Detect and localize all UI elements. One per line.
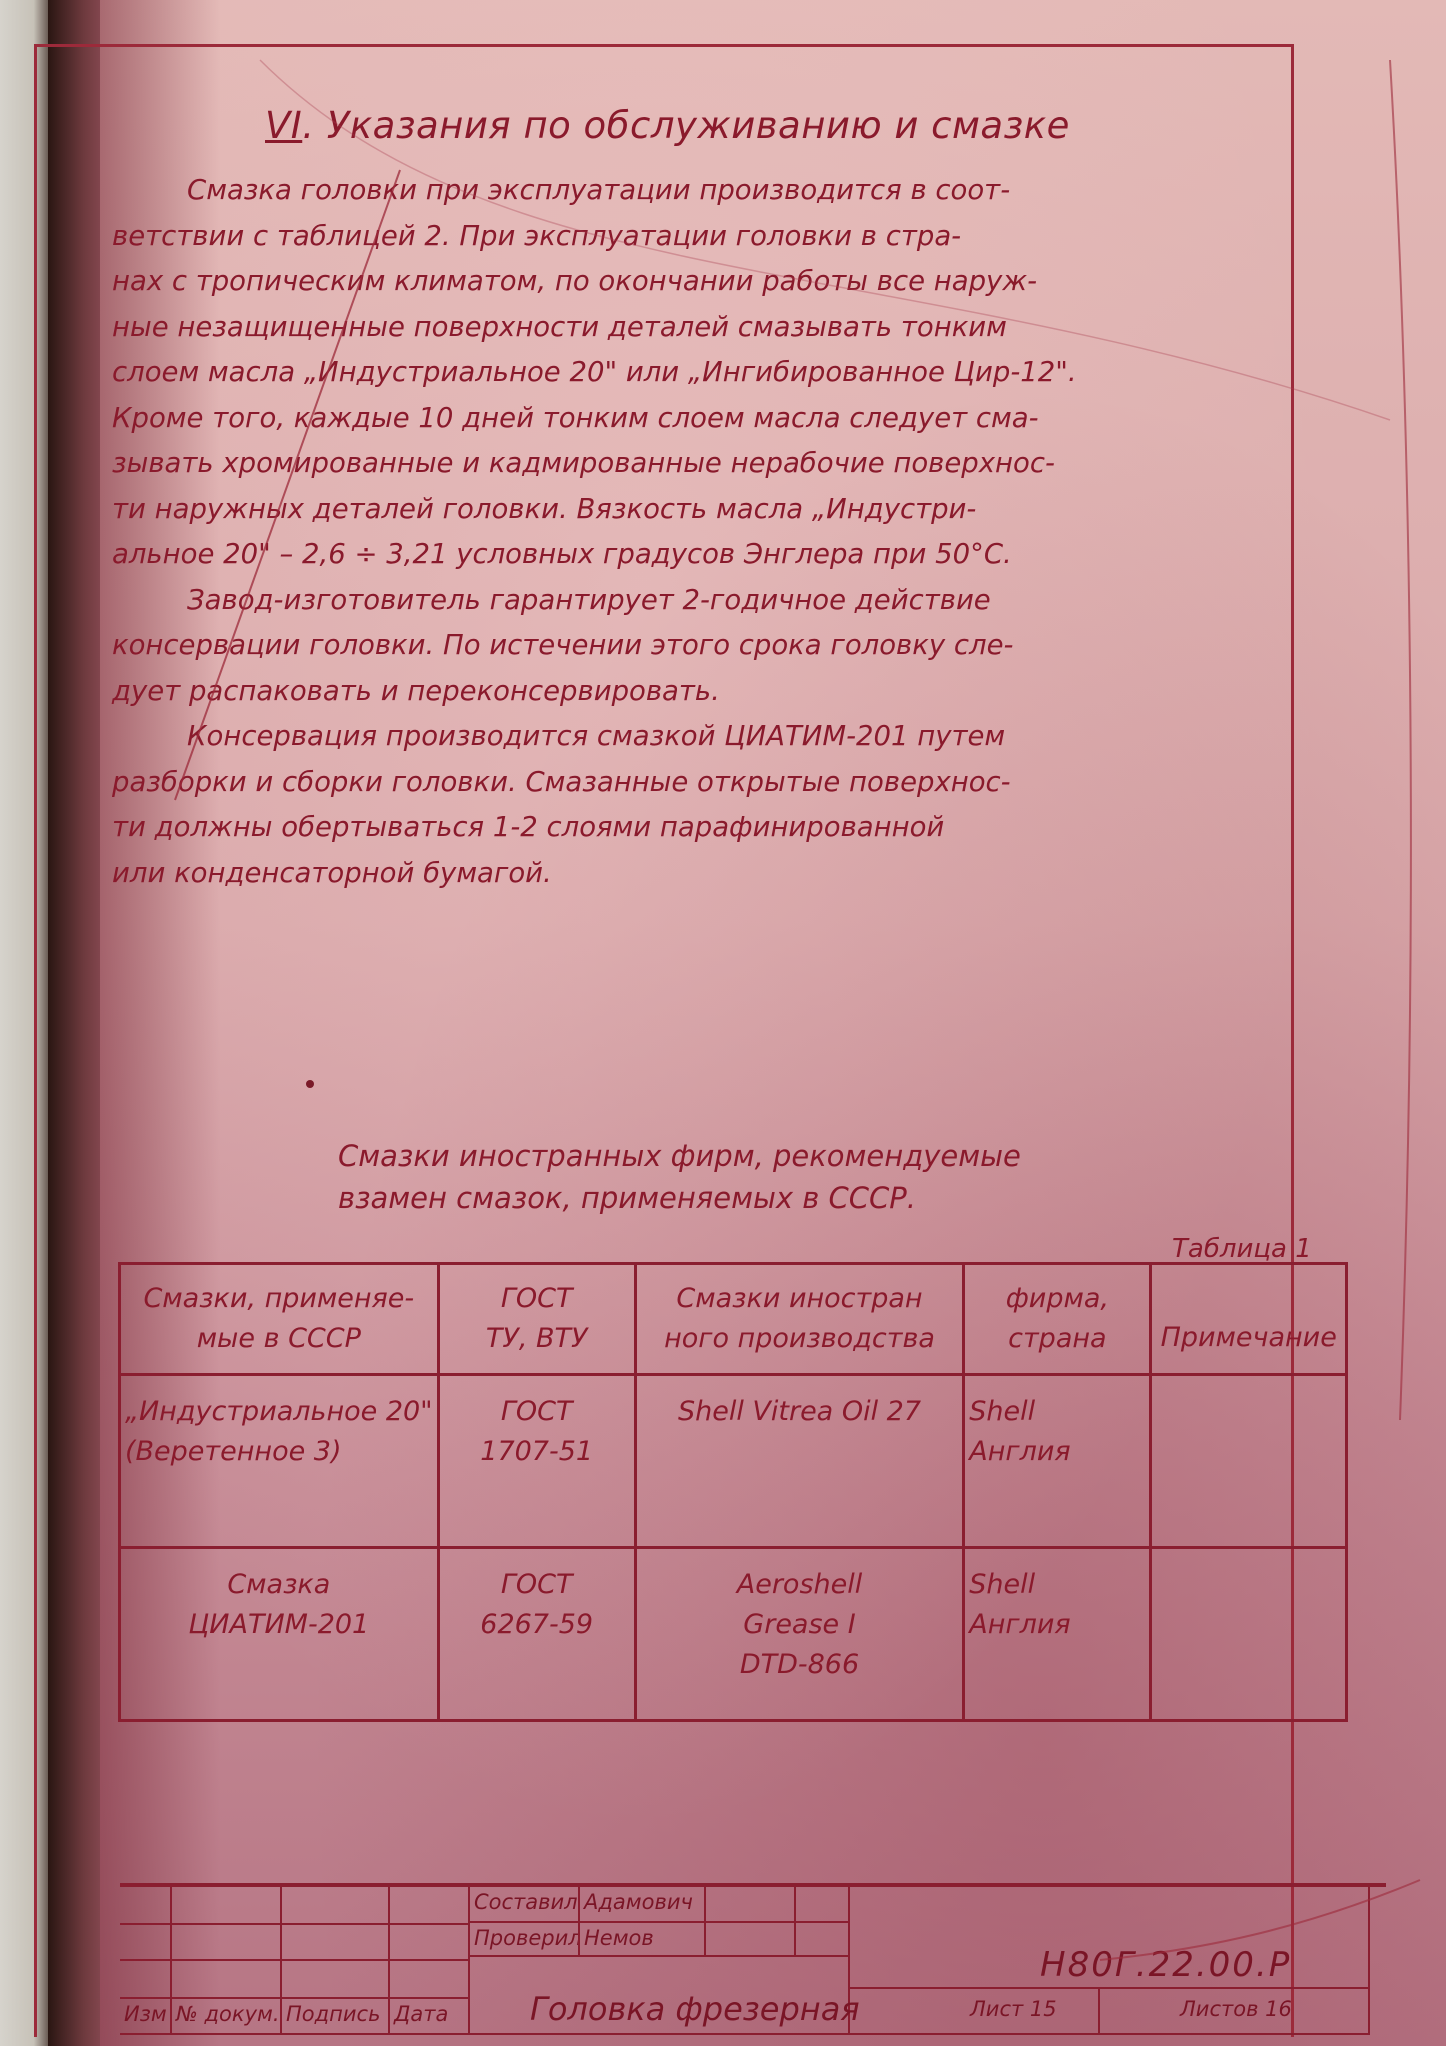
- table-row: „Индустриальное 20" (Веретенное 3) ГОСТ …: [120, 1375, 1347, 1548]
- stamp-cell: [172, 1961, 282, 1999]
- stamp-cell: [706, 1887, 796, 1923]
- stamp-cell: [120, 1961, 172, 1999]
- text-line: ные незащищенные поверхности деталей сма…: [112, 305, 1302, 351]
- stamp-cell: [120, 1925, 172, 1961]
- stamp-cell: [120, 1887, 172, 1925]
- sheet-number: Лист 15: [970, 1997, 1057, 2021]
- text-line: зывать хромированные и кадмированные нер…: [112, 441, 1302, 487]
- text-line: Кроме того, каждые 10 дней тонким слоем …: [112, 396, 1302, 442]
- text-line: дует распаковать и переконсервировать.: [112, 669, 1302, 715]
- stamp-cell: [706, 1923, 796, 1957]
- caption-line: взамен смазок, применяемых в СССР.: [338, 1177, 1021, 1219]
- stamp-checked-label: Проверил: [470, 1923, 580, 1957]
- stamp-cell: [172, 1925, 282, 1961]
- stamp-cell: [282, 1887, 390, 1925]
- table-header-row: Смазки, применяе- мые в СССР ГОСТ ТУ, ВТ…: [120, 1264, 1347, 1375]
- text-line: ветствии с таблицей 2. При эксплуатации …: [112, 214, 1302, 260]
- section-title: Указания по обслуживанию и смазке: [327, 104, 1070, 147]
- text-line: ти наружных деталей головки. Вязкость ма…: [112, 487, 1302, 533]
- section-number: VI: [265, 104, 302, 147]
- table-label: Таблица 1: [1172, 1234, 1312, 1264]
- sheets-total: Листов 16: [1180, 1997, 1292, 2021]
- stamp-cell: [172, 1887, 282, 1925]
- stamp-compiled-by: Адамович: [580, 1887, 706, 1923]
- cell-foreign-lubricant: Shell Vitrea Oil 27: [635, 1375, 964, 1548]
- header-note: Примечание: [1151, 1264, 1347, 1375]
- header-company-country: фирма, страна: [964, 1264, 1151, 1375]
- table-caption: Смазки иностранных фирм, рекомендуемые в…: [338, 1135, 1021, 1219]
- stamp-checked-by: Немов: [580, 1923, 706, 1957]
- blank-area: [118, 1695, 1348, 1883]
- stamp-label-date: Дата: [390, 1999, 470, 2035]
- stamp-cell: [796, 1887, 850, 1923]
- stamp-cell: [282, 1925, 390, 1961]
- document-code: Н80Г.22.00.Р: [1040, 1945, 1291, 1985]
- header-foreign-lubricant: Смазки иностран ного производства: [635, 1264, 964, 1375]
- caption-line: Смазки иностранных фирм, рекомендуемые: [338, 1135, 1021, 1177]
- stamp-label-change: Изм: [120, 1999, 172, 2035]
- text-line: разборки и сборки головки. Смазанные отк…: [112, 760, 1302, 806]
- stamp-cell: [282, 1961, 390, 1999]
- text-line: Смазка головки при эксплуатации производ…: [112, 168, 1302, 214]
- text-line: слоем масла „Индустриальное 20" или „Инг…: [112, 350, 1302, 396]
- text-line: нах с тропическим климатом, по окончании…: [112, 259, 1302, 305]
- cell-ussr-lubricant: „Индустриальное 20" (Веретенное 3): [120, 1375, 439, 1548]
- text-line: или конденсаторной бумагой.: [112, 851, 1302, 897]
- stamp-cell: [390, 1887, 470, 1925]
- cell-note: [1151, 1375, 1347, 1548]
- text-line: Завод-изготовитель гарантирует 2-годично…: [112, 578, 1302, 624]
- text-line: альное 20" – 2,6 ÷ 3,21 условных градусо…: [112, 532, 1302, 578]
- text-line: консервации головки. По истечении этого …: [112, 623, 1302, 669]
- stamp-label-signature: Подпись: [282, 1999, 390, 2035]
- stamp-cell: [390, 1961, 470, 1999]
- stamp-compiled-label: Составил: [470, 1887, 580, 1923]
- header-ussr-lubricant: Смазки, применяе- мые в СССР: [120, 1264, 439, 1375]
- stamp-cell: [390, 1925, 470, 1961]
- stamp-label-doc-number: № докум.: [172, 1999, 282, 2035]
- stamp-cell: [796, 1923, 850, 1957]
- body-text: Смазка головки при эксплуатации производ…: [112, 168, 1302, 896]
- text-line: ти должны обертываться 1-2 слоями парафи…: [112, 805, 1302, 851]
- ink-dot: [306, 1080, 314, 1088]
- cell-company-country: Shell Англия: [964, 1375, 1151, 1548]
- product-name: Головка фрезерная: [530, 1990, 860, 2028]
- text-line: Консервация производится смазкой ЦИАТИМ-…: [112, 714, 1302, 760]
- section-heading: VI. Указания по обслуживанию и смазке: [265, 104, 1070, 147]
- lubricants-table: Смазки, применяе- мые в СССР ГОСТ ТУ, ВТ…: [118, 1262, 1348, 1722]
- header-standard: ГОСТ ТУ, ВТУ: [438, 1264, 635, 1375]
- cell-standard: ГОСТ 1707-51: [438, 1375, 635, 1548]
